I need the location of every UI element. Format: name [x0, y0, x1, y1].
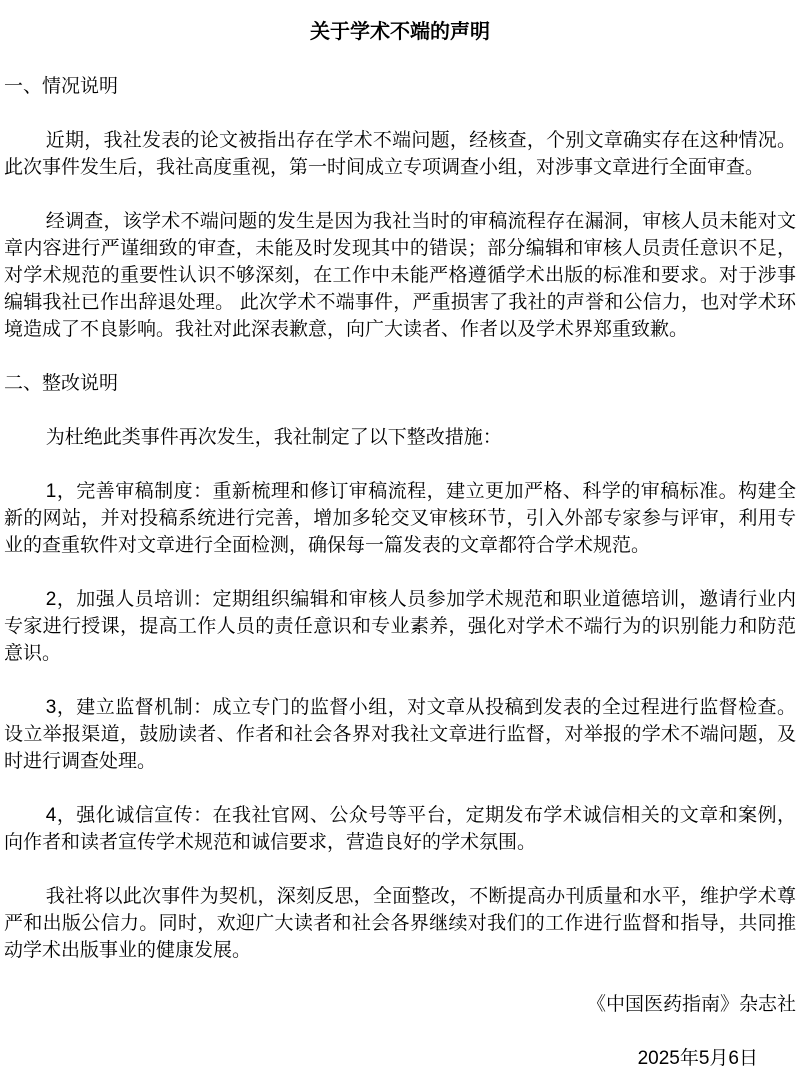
section-2-heading: 二、整改说明 [4, 370, 796, 397]
measure-item-2: 2，加强人员培训：定期组织编辑和审核人员参加学术规范和职业道德培训，邀请行业内专… [4, 586, 796, 667]
signature-line: 《中国医药指南》杂志社 [4, 991, 796, 1018]
section-2-intro-paragraph: 为杜绝此类事件再次发生，我社制定了以下整改措施： [4, 424, 796, 451]
section-1-heading: 一、情况说明 [4, 73, 796, 100]
measure-item-1: 1，完善审稿制度：重新梳理和修订审稿流程，建立更加严格、科学的审稿标准。构建全新… [4, 478, 796, 559]
section-1-paragraph-2: 经调查，该学术不端问题的发生是因为我社当时的审稿流程存在漏洞，审核人员未能对文章… [4, 208, 796, 343]
measure-item-3: 3，建立监督机制：成立专门的监督小组，对文章从投稿到发表的全过程进行监督检查。设… [4, 694, 796, 775]
document-title: 关于学术不端的声明 [4, 19, 796, 46]
section-1-paragraph-1: 近期，我社发表的论文被指出存在学术不端问题，经核查，个别文章确实存在这种情况。此… [4, 127, 796, 181]
closing-paragraph: 我社将以此次事件为契机，深刻反思，全面整改，不断提高办刊质量和水平，维护学术尊严… [4, 883, 796, 964]
document-page: { "document": { "title": "关于学术不端的声明", "s… [0, 0, 800, 1076]
date-line: 2025年5月6日 [4, 1045, 758, 1072]
measure-item-4: 4，强化诚信宣传：在我社官网、公众号等平台，定期发布学术诚信相关的文章和案例，向… [4, 802, 796, 856]
